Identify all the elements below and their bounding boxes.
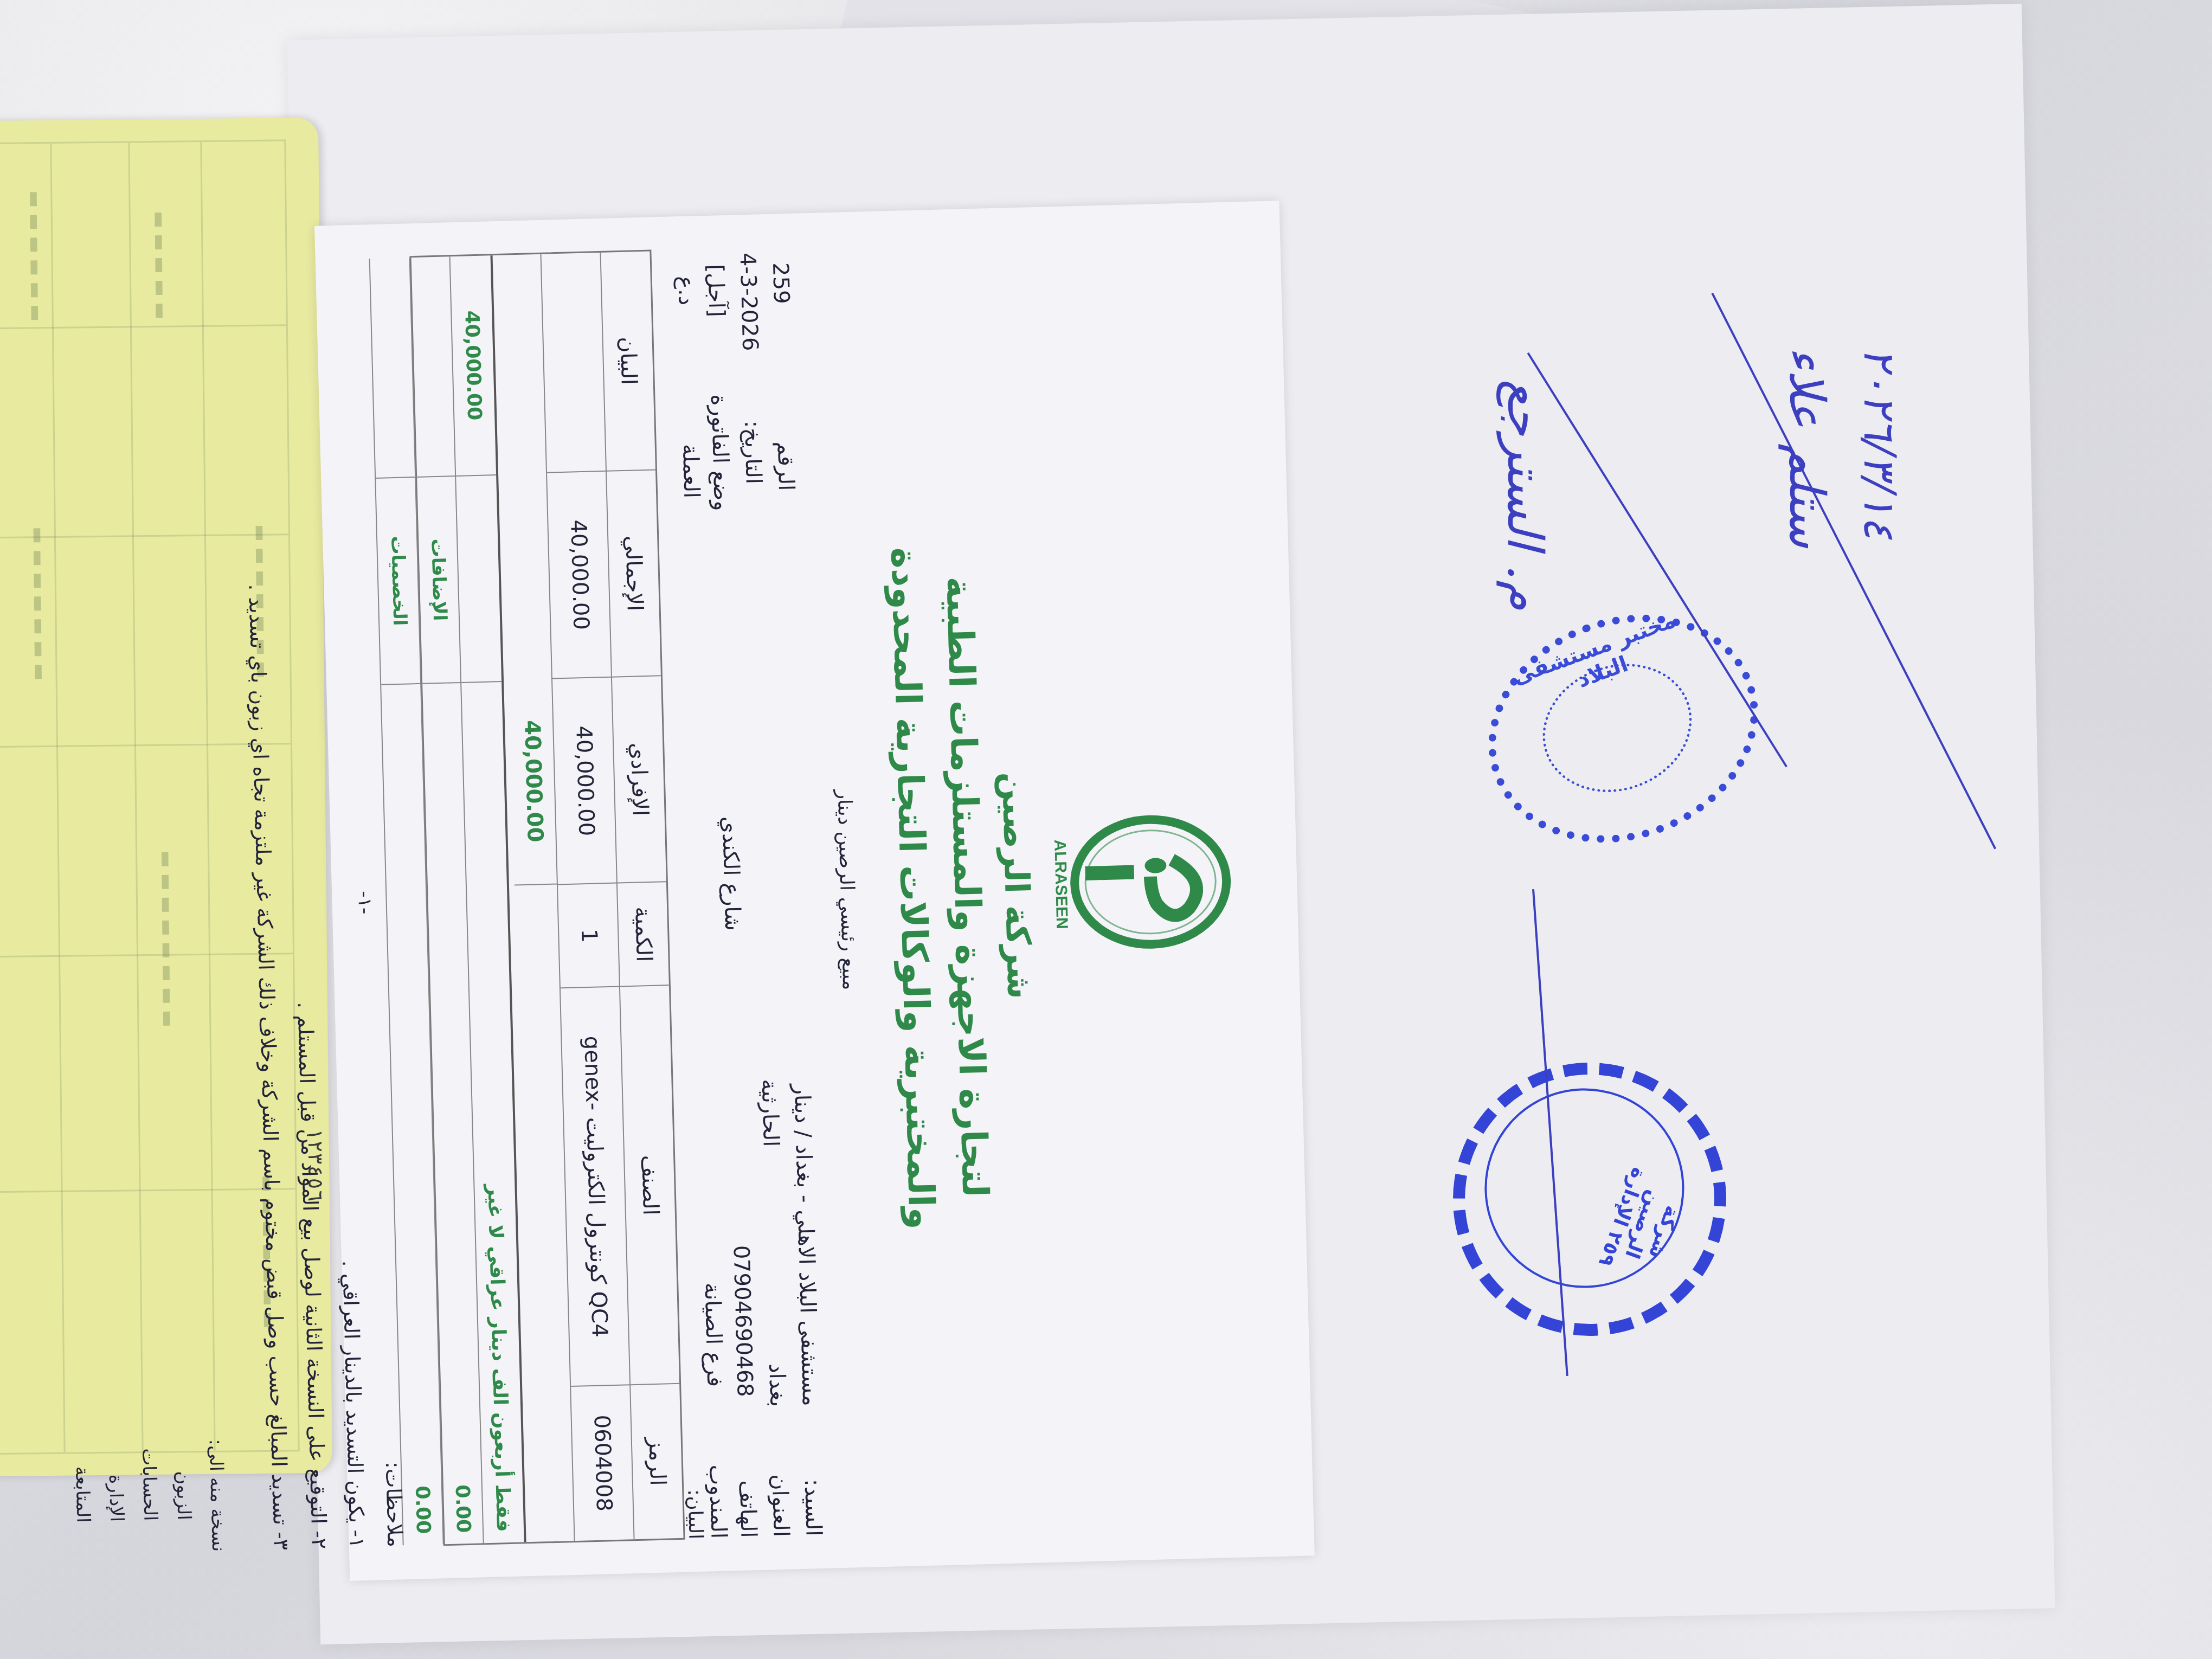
cell-description [541, 253, 606, 472]
address-value: بغداد [764, 1363, 790, 1407]
cell-quantity: 1 [558, 883, 620, 988]
cell-total: 40,000.00 [547, 471, 612, 678]
copy-recipient: الحسابات [132, 1441, 168, 1554]
col-header-description: البيان [601, 252, 655, 471]
invoice-document: ALRASEEN شركة الرصين لتجارة الاجهزة والم… [314, 201, 1315, 1581]
representative-label: المندوب [704, 1464, 731, 1539]
currency-label: العملة [678, 443, 704, 499]
copy-recipient: الإدارة [98, 1441, 134, 1554]
customer-name-label: السيد: [800, 1478, 826, 1536]
pad-divider [128, 143, 143, 1451]
copy-recipient: الزبون [165, 1439, 202, 1553]
address-label: العنوان [767, 1474, 794, 1538]
invoice-number-label: الرقم [773, 441, 799, 491]
currency-value: د.ع [673, 275, 699, 306]
summary-blank [410, 256, 456, 476]
pad-divider [200, 142, 215, 1451]
additions-label: الإضافات [416, 475, 461, 685]
pad-divider [0, 1188, 295, 1193]
subtotal-value: 40,000.00 [509, 678, 558, 886]
summary-total-value: 40,000.00 [451, 255, 497, 475]
cell-item: QC4 كونترول الكتروليت -genex [561, 986, 631, 1386]
address-district: الحارثية [756, 1078, 783, 1147]
street-value: شارع الكندي [717, 816, 745, 931]
pad-ghost-text: ▮▮▮▮▮▮▮ [26, 523, 49, 664]
copies-title: نسخة منه الى: [199, 1439, 235, 1552]
additions-amount: 0.00 [451, 1484, 474, 1533]
representative-value: فرع الصيانة [699, 1282, 727, 1387]
invoice-mode-label: وضع الفاتورة [706, 394, 734, 511]
copy-recipient: المتابعة [65, 1442, 101, 1555]
col-header-quantity: الكمية [618, 882, 669, 986]
customer-name-value: مستشفى البلاد الاهلي - بغداد / دينار [789, 1084, 823, 1406]
invoice-items-table: الرمز الصنف الكمية الإفرادي الإجمالي الب… [409, 249, 685, 1546]
phone-value: 07904690468 [728, 1245, 757, 1397]
invoice-mode-value: [آجل] [703, 264, 729, 318]
statement-label: البيان: [683, 1489, 706, 1539]
pad-ghost-text: ▮▮▮▮▮ [147, 208, 170, 316]
pad-ghost-text: ▮▮▮▮▮▮ [22, 187, 45, 295]
pad-ghost-text: ▮▮▮▮▮▮▮▮ [154, 847, 177, 1010]
deductions-amount: 0.00 [411, 1486, 434, 1534]
col-header-unit-price: الإفرادي [612, 675, 666, 882]
invoice-date-value: 4-3-2026 [735, 252, 763, 351]
invoice-date-label: التاريخ: [740, 420, 766, 484]
summary-label [456, 474, 501, 684]
phone-label: الهاتف [735, 1480, 761, 1539]
logo-wordmark: ALRASEEN [1051, 839, 1071, 929]
col-header-item: الصنف [620, 985, 679, 1385]
invoice-number-value: 259 [768, 262, 794, 305]
col-header-total: الإجمالي [607, 469, 661, 676]
alraseen-logo-icon: ALRASEEN [1045, 799, 1234, 966]
pad-divider [50, 144, 65, 1452]
col-header-code: الرمز [631, 1383, 683, 1539]
cell-unit-price: 40,000.00 [552, 677, 618, 884]
handwritten-received-note: م. السترجع [1496, 380, 1553, 661]
copies-section: نسخة منه الى: الزبون الحسابات الإدارة ال… [65, 1439, 235, 1556]
seller-line: مبيع رئيسي الرصين دينار [818, 212, 876, 1567]
cell-code: 0604008 [571, 1385, 634, 1541]
invoice-sheet-wrapper: ALRASEEN شركة الرصين لتجارة الاجهزة والم… [307, 116, 2212, 1554]
handwritten-receiver-name: ستلم علاء [1778, 347, 1835, 726]
handwritten-date: ٢٠٢٦/٣/١٤ [1854, 347, 1905, 672]
